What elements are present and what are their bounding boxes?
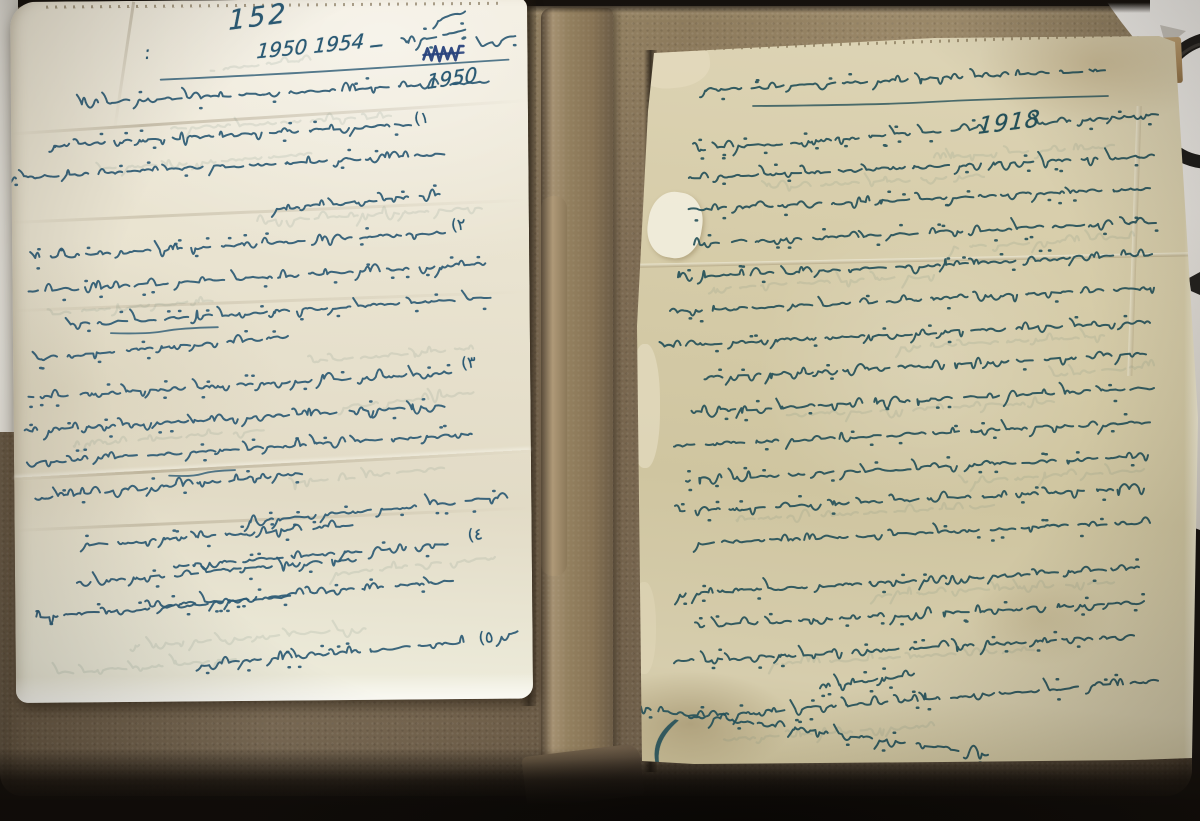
item-marker: (١	[413, 110, 430, 128]
right-manuscript-page: 1918 (	[634, 26, 1198, 776]
photo-scene: 152 1950 ــ 1954 : 1950 (١(٢(٣(٤(٥ 1918 …	[0, 0, 1200, 821]
right-page-handwriting	[634, 26, 1198, 776]
deckle-edge	[16, 672, 533, 703]
item-marker: (٥	[478, 629, 495, 647]
item-marker: (٣	[460, 354, 477, 372]
spine-strap-roll	[541, 196, 567, 576]
item-marker-layer: (١(٢(٣(٤(٥	[10, 0, 533, 703]
item-marker: (٢	[450, 216, 467, 234]
left-manuscript-page: 152 1950 ــ 1954 : 1950 (١(٢(٣(٤(٥	[10, 0, 533, 703]
item-marker: (٤	[467, 526, 484, 544]
